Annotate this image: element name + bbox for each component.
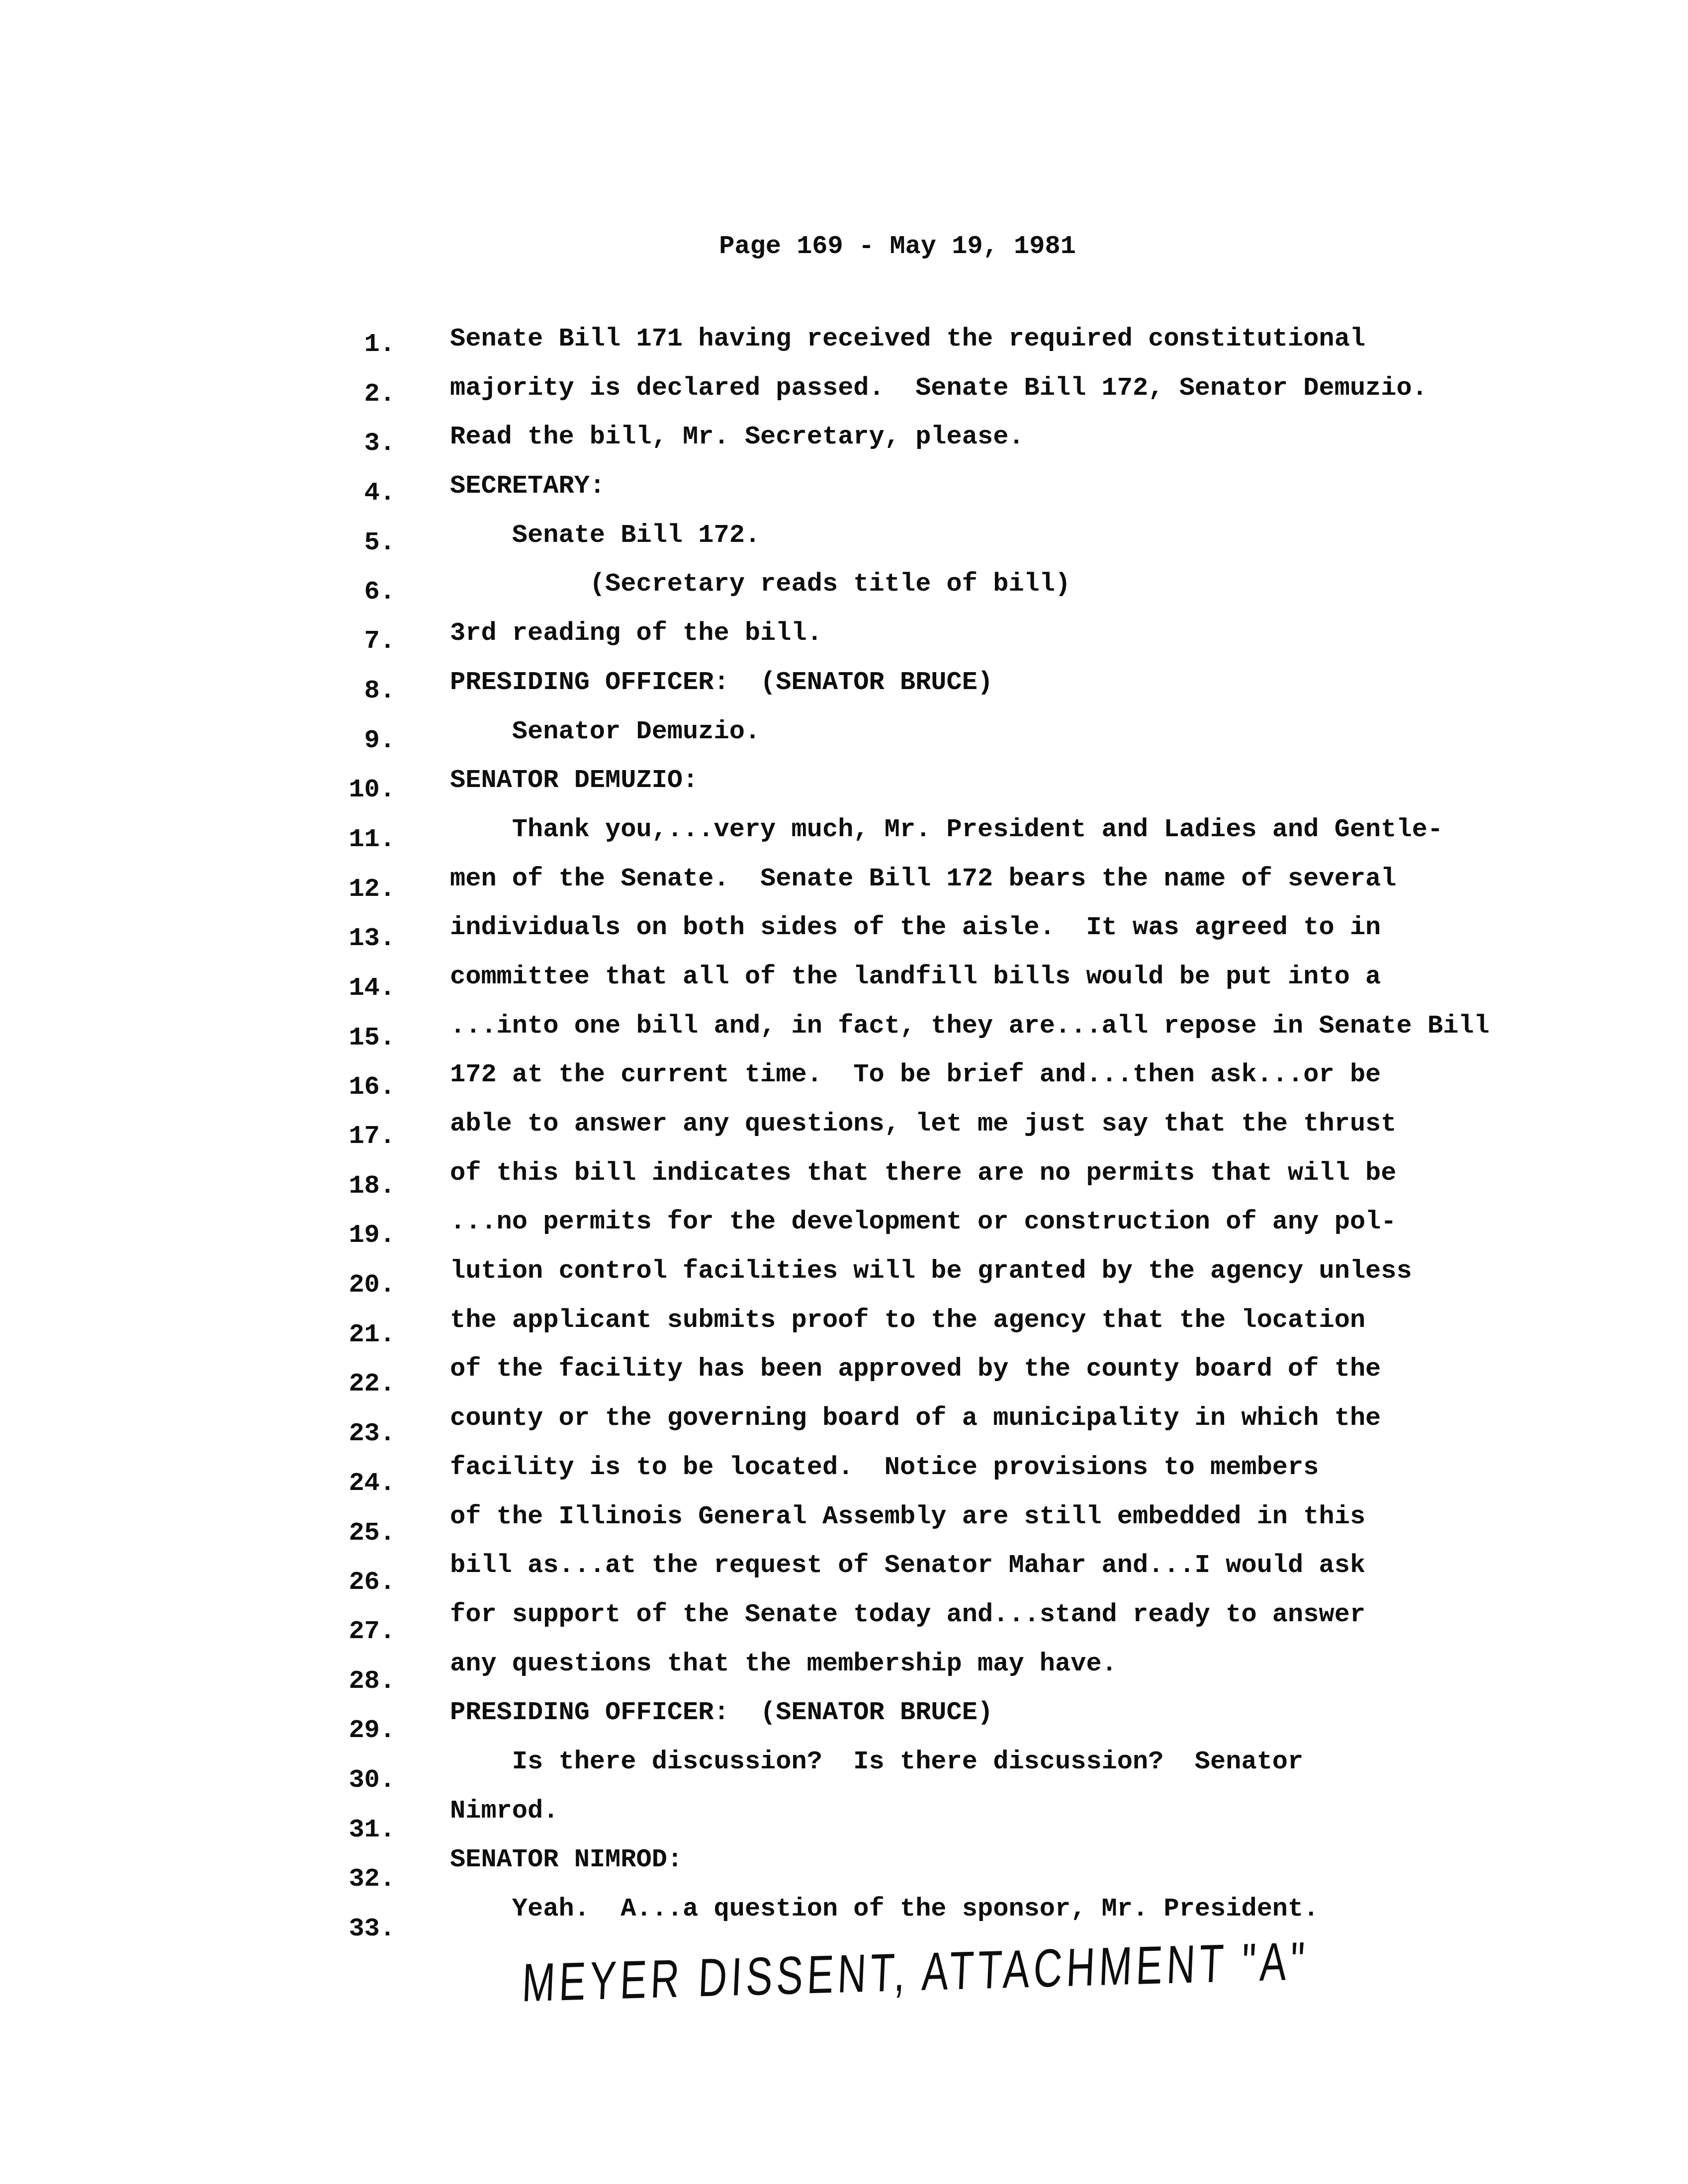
transcript-line: 22.of the facility has been approved by … — [323, 1356, 1616, 1405]
line-number: 25. — [323, 1520, 395, 1546]
line-text: Senate Bill 172. — [450, 523, 760, 548]
line-text: 3rd reading of the bill. — [450, 620, 822, 646]
line-number: 8. — [323, 678, 395, 704]
line-number: 23. — [323, 1421, 395, 1447]
line-text: Thank you,...very much, Mr. President an… — [450, 817, 1443, 843]
line-number: 17. — [323, 1124, 395, 1149]
line-text: Is there discussion? Is there discussion… — [450, 1749, 1303, 1775]
line-number: 1. — [323, 332, 395, 357]
line-number: 20. — [323, 1272, 395, 1298]
transcript-line: 27.for support of the Senate today and..… — [323, 1602, 1616, 1651]
transcript-line: 23.county or the governing board of a mu… — [323, 1405, 1616, 1455]
line-text: bill as...at the request of Senator Maha… — [450, 1553, 1365, 1578]
line-number: 31. — [323, 1817, 395, 1843]
line-text: individuals on both sides of the aisle. … — [450, 915, 1381, 941]
line-number: 24. — [323, 1471, 395, 1496]
transcript-line: 13.individuals on both sides of the aisl… — [323, 915, 1616, 964]
line-text: of this bill indicates that there are no… — [450, 1160, 1397, 1186]
line-text: majority is declared passed. Senate Bill… — [450, 375, 1427, 401]
document-page: Page 169 - May 19, 1981 1.Senate Bill 17… — [0, 0, 1688, 2184]
transcript-line: 9. Senator Demuzio. — [323, 719, 1616, 768]
line-text: county or the governing board of a munic… — [450, 1405, 1381, 1431]
line-list: 1.Senate Bill 171 having received the re… — [323, 326, 1616, 1945]
line-text: Read the bill, Mr. Secretary, please. — [450, 424, 1024, 450]
line-text: Senator Demuzio. — [450, 719, 760, 745]
transcript-line: 12.men of the Senate. Senate Bill 172 be… — [323, 866, 1616, 915]
transcript-line: 18.of this bill indicates that there are… — [323, 1160, 1616, 1210]
line-text: facility is to be located. Notice provis… — [450, 1455, 1319, 1481]
transcript-line: 19....no permits for the development or … — [323, 1209, 1616, 1258]
transcript-line: 14.committee that all of the landfill bi… — [323, 964, 1616, 1013]
line-number: 14. — [323, 975, 395, 1001]
line-number: 18. — [323, 1173, 395, 1199]
transcript-line: 26.bill as...at the request of Senator M… — [323, 1553, 1616, 1602]
transcript-line: 30. Is there discussion? Is there discus… — [323, 1749, 1616, 1798]
transcript-line: 17.able to answer any questions, let me … — [323, 1111, 1616, 1160]
line-number: 3. — [323, 431, 395, 456]
line-number: 15. — [323, 1025, 395, 1050]
transcript-line: 7.3rd reading of the bill. — [323, 620, 1616, 670]
line-text: of the Illinois General Assembly are sti… — [450, 1504, 1365, 1530]
line-number: 16. — [323, 1074, 395, 1100]
line-number: 19. — [323, 1223, 395, 1249]
line-text: committee that all of the landfill bills… — [450, 964, 1381, 990]
line-text: men of the Senate. Senate Bill 172 bears… — [450, 866, 1397, 892]
line-number: 11. — [323, 827, 395, 853]
transcript-line: 31.Nimrod. — [323, 1798, 1616, 1847]
transcript-line: 32.SENATOR NIMROD: — [323, 1847, 1616, 1896]
line-number: 21. — [323, 1322, 395, 1348]
line-number: 27. — [323, 1619, 395, 1645]
transcript-line: 8.PRESIDING OFFICER: (SENATOR BRUCE) — [323, 670, 1616, 719]
line-text: the applicant submits proof to the agenc… — [450, 1308, 1365, 1333]
line-text: lution control facilities will be grante… — [450, 1258, 1412, 1284]
transcript-line: 25.of the Illinois General Assembly are … — [323, 1504, 1616, 1553]
line-number: 2. — [323, 381, 395, 407]
transcript-line: 15....into one bill and, in fact, they a… — [323, 1013, 1616, 1062]
line-text: SENATOR NIMROD: — [450, 1847, 683, 1873]
line-number: 5. — [323, 529, 395, 555]
line-text: SECRETARY: — [450, 473, 605, 499]
transcript-line: 29.PRESIDING OFFICER: (SENATOR BRUCE) — [323, 1700, 1616, 1749]
line-text: Nimrod. — [450, 1798, 558, 1824]
line-number: 4. — [323, 480, 395, 506]
page-header: Page 169 - May 19, 1981 — [719, 234, 1076, 260]
line-text: able to answer any questions, let me jus… — [450, 1111, 1397, 1137]
line-number: 7. — [323, 629, 395, 655]
line-number: 29. — [323, 1718, 395, 1744]
line-text: Senate Bill 171 having received the requ… — [450, 326, 1365, 352]
line-number: 12. — [323, 876, 395, 902]
line-text: PRESIDING OFFICER: (SENATOR BRUCE) — [450, 1700, 993, 1726]
line-text: any questions that the membership may ha… — [450, 1651, 1117, 1677]
transcript-line: 6. (Secretary reads title of bill) — [323, 571, 1616, 620]
transcript-line: 10.SENATOR DEMUZIO: — [323, 768, 1616, 817]
line-text: (Secretary reads title of bill) — [450, 571, 1070, 597]
transcript-line: 3.Read the bill, Mr. Secretary, please. — [323, 424, 1616, 473]
line-number: 10. — [323, 777, 395, 803]
line-number: 32. — [323, 1866, 395, 1892]
line-text: Yeah. A...a question of the sponsor, Mr.… — [450, 1896, 1319, 1922]
transcript-line: 5. Senate Bill 172. — [323, 523, 1616, 572]
transcript-line: 28.any questions that the membership may… — [323, 1651, 1616, 1700]
transcript-line: 33. Yeah. A...a question of the sponsor,… — [323, 1896, 1616, 1945]
line-number: 30. — [323, 1767, 395, 1793]
line-number: 22. — [323, 1371, 395, 1397]
line-text: ...into one bill and, in fact, they are.… — [450, 1013, 1490, 1039]
transcript-line: 21.the applicant submits proof to the ag… — [323, 1308, 1616, 1357]
transcript-line: 20.lution control facilities will be gra… — [323, 1258, 1616, 1308]
transcript-line: 2.majority is declared passed. Senate Bi… — [323, 375, 1616, 425]
line-text: 172 at the current time. To be brief and… — [450, 1062, 1381, 1088]
line-number: 6. — [323, 579, 395, 605]
transcript-line: 1.Senate Bill 171 having received the re… — [323, 326, 1616, 375]
transcript-line: 11. Thank you,...very much, Mr. Presiden… — [323, 817, 1616, 866]
line-text: PRESIDING OFFICER: (SENATOR BRUCE) — [450, 670, 993, 696]
line-number: 13. — [323, 926, 395, 952]
line-text: of the facility has been approved by the… — [450, 1356, 1381, 1382]
line-number: 9. — [323, 728, 395, 754]
line-number: 28. — [323, 1668, 395, 1694]
transcript-line: 24.facility is to be located. Notice pro… — [323, 1455, 1616, 1504]
transcript-line: 4.SECRETARY: — [323, 473, 1616, 523]
line-number: 33. — [323, 1916, 395, 1942]
transcript-line: 16.172 at the current time. To be brief … — [323, 1062, 1616, 1111]
line-text: for support of the Senate today and...st… — [450, 1602, 1365, 1628]
line-number: 26. — [323, 1570, 395, 1595]
line-text: ...no permits for the development or con… — [450, 1209, 1397, 1235]
line-text: SENATOR DEMUZIO: — [450, 768, 698, 793]
